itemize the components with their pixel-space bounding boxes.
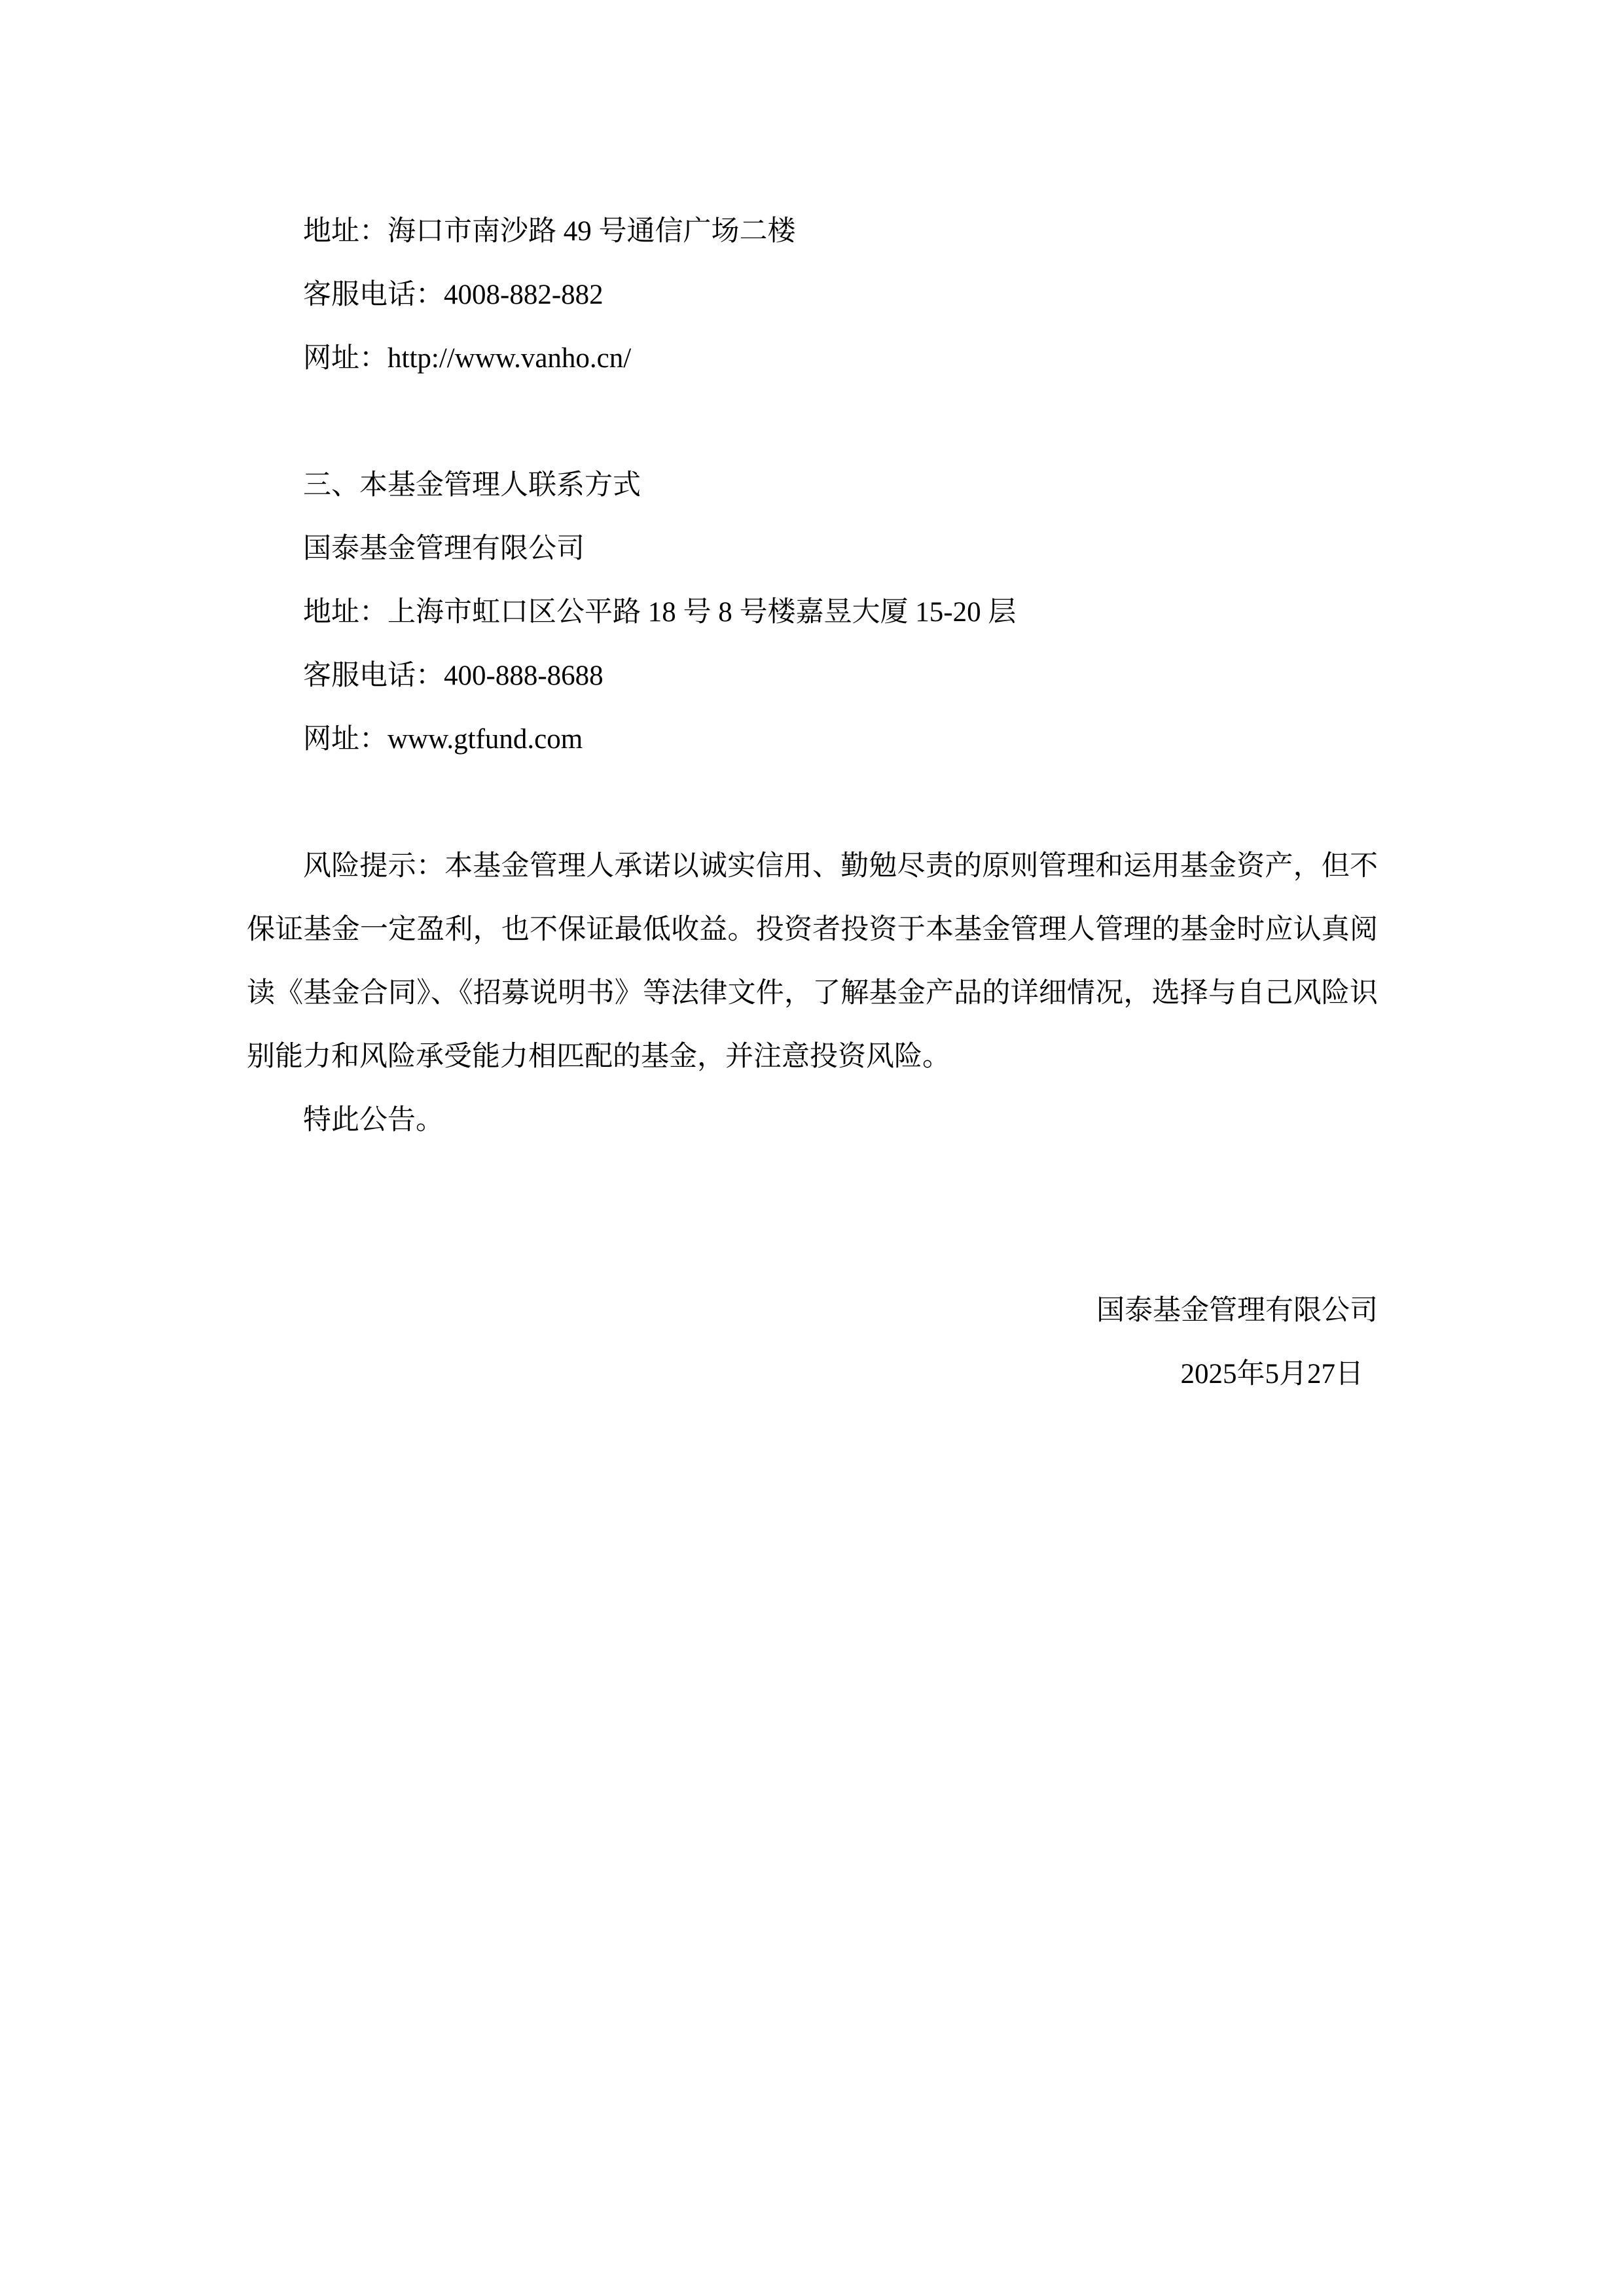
blank-line — [247, 1215, 1378, 1279]
blank-line — [247, 390, 1378, 454]
manager-section-heading: 三、本基金管理人联系方式 — [247, 454, 1378, 517]
risk-notice-paragraph: 风险提示：本基金管理人承诺以诚实信用、勤勉尽责的原则管理和运用基金资产，但不保证… — [247, 834, 1378, 1088]
signature-company: 国泰基金管理有限公司 — [247, 1279, 1378, 1342]
distributor-address-line: 地址：海口市南沙路 49 号通信广场二楼 — [247, 200, 1378, 263]
blank-line — [247, 1152, 1378, 1215]
distributor-website-line: 网址：http://www.vanho.cn/ — [247, 327, 1378, 390]
distributor-phone-line: 客服电话：4008-882-882 — [247, 263, 1378, 327]
manager-phone-line: 客服电话：400-888-8688 — [247, 644, 1378, 708]
document-body: 地址：海口市南沙路 49 号通信广场二楼 客服电话：4008-882-882 网… — [247, 200, 1378, 1406]
announcement-page: 地址：海口市南沙路 49 号通信广场二楼 客服电话：4008-882-882 网… — [0, 0, 1624, 2296]
signature-date: 2025年5月27日 — [247, 1342, 1378, 1406]
blank-line — [247, 771, 1378, 834]
manager-company-line: 国泰基金管理有限公司 — [247, 517, 1378, 581]
manager-address-line: 地址：上海市虹口区公平路 18 号 8 号楼嘉昱大厦 15-20 层 — [247, 581, 1378, 644]
closing-statement: 特此公告。 — [247, 1088, 1378, 1152]
manager-website-line: 网址：www.gtfund.com — [247, 708, 1378, 771]
